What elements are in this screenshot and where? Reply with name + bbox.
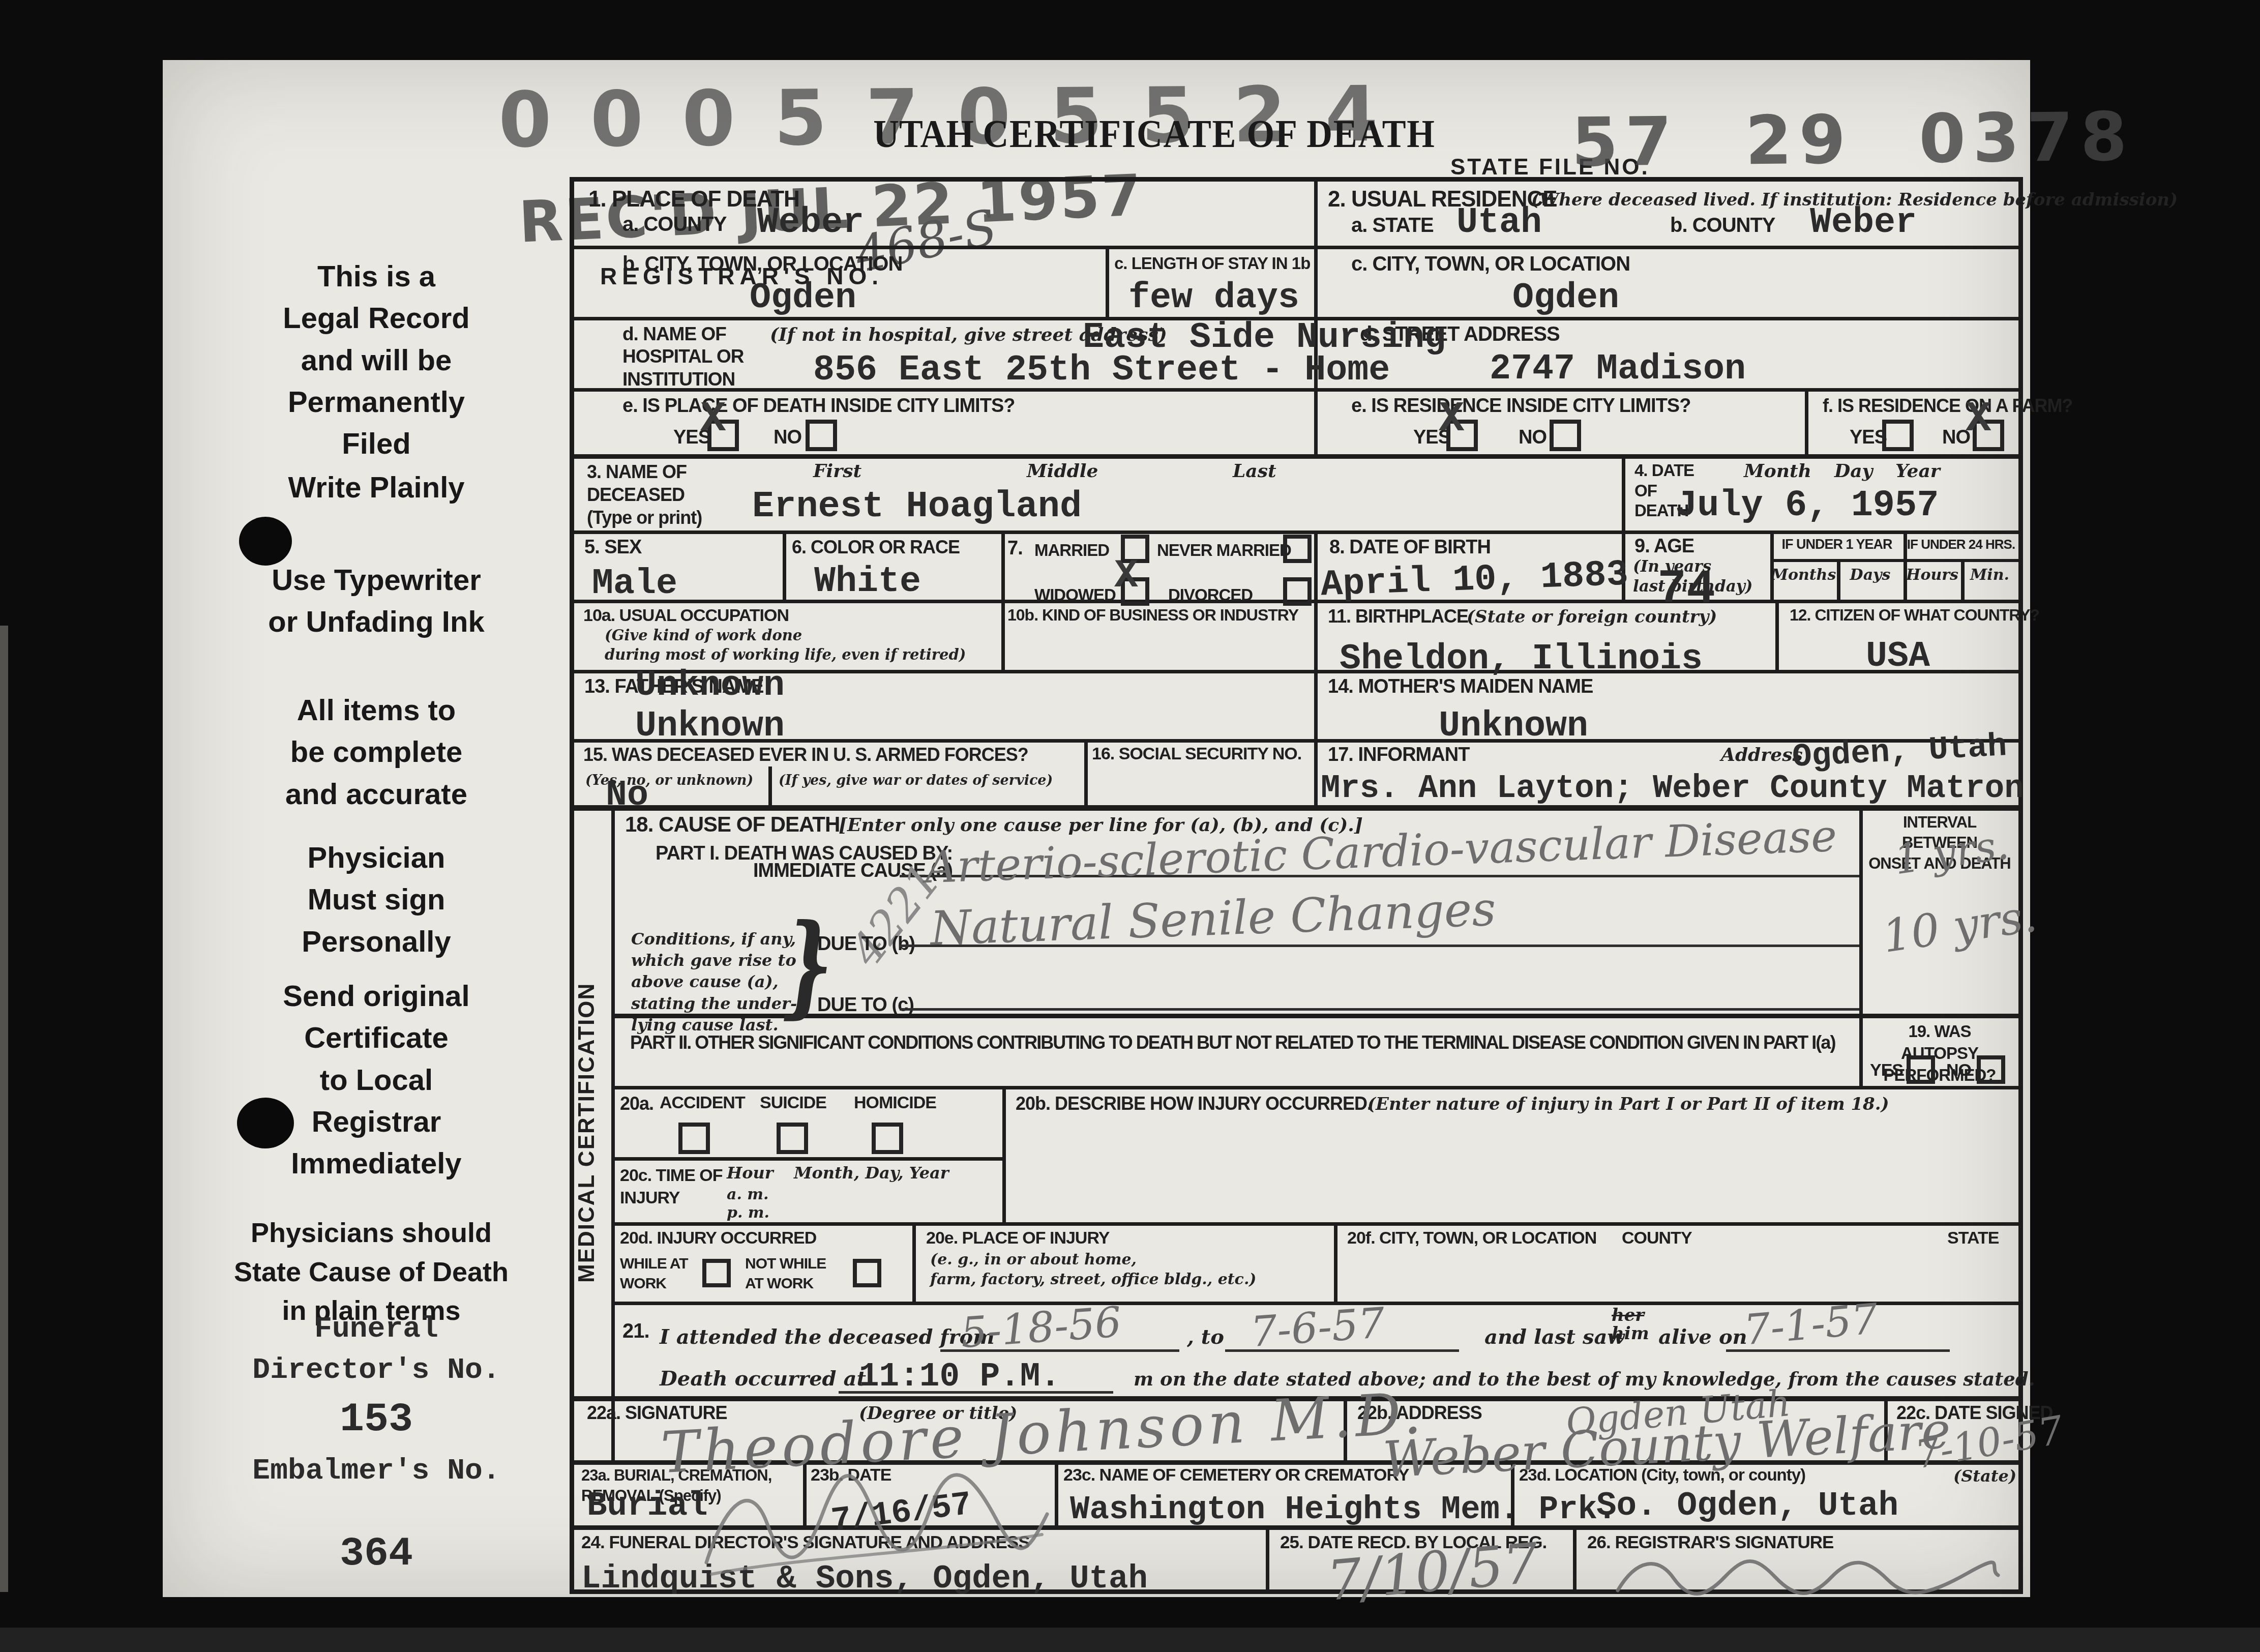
rule [783,530,786,600]
length-of-stay-value: few days [1128,278,1299,318]
autopsy-no-checkbox [1977,1055,2005,1084]
rule [574,454,2018,459]
funeral-directors-no-label: Funeral Director's No. [224,1309,529,1391]
homicide-checkbox [872,1123,903,1154]
farm-yes-checkbox [1882,420,1914,451]
homicide-label: HOMICIDE [854,1093,936,1113]
length-of-stay-label: c. LENGTH OF STAY IN 1b [1114,254,1310,273]
accident-row-label: 20a. [620,1093,653,1114]
days-header: Days [1837,566,1904,584]
place-county-value: Weber [757,203,864,243]
informant-address-label: Address [1721,744,1803,765]
pm-label: p. m. [727,1204,769,1222]
race-label: 6. COLOR OR RACE [792,537,960,558]
attended-number: 21. [622,1320,649,1343]
funeral-directors-no-value: 153 [224,1397,529,1443]
rule [1859,805,1863,1086]
mothers-name-label: 14. MOTHER'S MAIDEN NAME [1328,676,1593,698]
place-limits-no-checkbox [806,420,837,451]
date-of-birth-label: 8. DATE OF BIRTH [1329,537,1491,558]
funeral-director-signature-scrawl [691,1453,1057,1585]
attended-from-value: 5-18-56 [959,1298,1123,1358]
suicide-label: SUICIDE [760,1093,826,1113]
informant-address-value: Ogden, Utah [1791,728,2008,776]
while-at-work-checkbox [702,1259,731,1287]
rule [1573,1525,1577,1589]
margin-note-typewriter: Use Typewriter or Unfading Ink [224,559,529,643]
rule [1002,1086,1006,1222]
date-month-header: Month [1744,460,1811,482]
autopsy-yes-label: YES [1870,1060,1903,1080]
months-header: Months [1770,566,1837,584]
farm-no-checkmark: X [1966,395,1991,444]
rule [1770,559,2018,562]
certificate-title: UTAH CERTIFICATE OF DEATH [871,111,1438,157]
name-middle-header: Middle [1027,460,1098,482]
age-value: 74 [1657,562,1715,617]
residence-state-label: a. STATE [1351,214,1434,237]
describe-injury-label: 20b. DESCRIBE HOW INJURY OCCURRED. [1016,1093,1372,1114]
marital-number-label: 7. [1007,538,1023,559]
cause-of-death-title: 18. CAUSE OF DEATH [625,812,840,837]
rule [1334,1222,1337,1302]
margin-note-write-plainly: Write Plainly [224,467,529,509]
margin-note-complete-accurate: All items to be complete and accurate [224,690,529,815]
suicide-checkbox [777,1123,808,1154]
margin-note-legal-record: This is a Legal Record and will be Perma… [224,256,529,465]
medical-certification-vertical-label: MEDICAL CERTIFICATION [574,853,610,1412]
not-while-at-work-label: NOT WHILE AT WORK [745,1254,826,1293]
fathers-name-value: Unknown [635,706,785,747]
name-last-header: Last [1233,460,1276,482]
while-at-work-label: WHILE AT WORK [620,1254,688,1293]
death-occurred-text: Death occurred at [660,1367,866,1391]
birthplace-label: 11. BIRTHPLACE [1328,606,1468,627]
citizen-value: USA [1866,637,1930,677]
title-rest: CERTIFICATE OF DEATH [983,111,1435,156]
divorced-checkbox [1283,577,1312,606]
rule [1805,388,1808,454]
never-married-checkbox [1283,535,1312,563]
race-value: White [814,562,921,602]
rule [574,670,2018,673]
divorced-label: DIVORCED [1168,585,1253,605]
attended-text-1: I attended the deceased from [660,1325,995,1349]
rule [611,805,615,1460]
attended-to-value: 7-6-57 [1249,1299,1386,1356]
residence-county-value: Weber [1810,203,1917,243]
widowed-checkmark: X [1114,554,1138,599]
cemetery-value: Washington Heights Mem. Prk. [1070,1492,1617,1528]
rule [768,766,772,805]
street-address-value: 2747 Madison [1490,349,1746,390]
residence-city-label: c. CITY, TOWN, OR LOCATION [1351,253,1630,276]
margin-note-send-original: Send original Certificate to Local Regis… [224,976,529,1185]
rule [611,1222,2018,1226]
autopsy-yes-checkbox [1907,1055,1935,1084]
place-city-value: Ogden [750,278,856,318]
injury-county-label: COUNTY [1622,1228,1692,1248]
place-county-label: a. COUNTY [622,213,726,236]
widowed-label: WIDOWED [1034,585,1116,605]
name-of-deceased-label: 3. NAME OF DECEASED (Type or print) [587,460,702,529]
cause-c-line [900,1008,1859,1011]
date-day-header: Day [1834,460,1872,482]
armed-forces-value: No [606,776,648,816]
residence-limits-yes-checkmark: X [1439,395,1464,444]
occupation-value: Unknown [635,666,785,706]
describe-injury-note: (Enter nature of injury in Part I or Par… [1367,1094,1889,1114]
him-word: him [1612,1325,1649,1343]
place-city-label: b. CITY, TOWN, OR LOCATION [622,253,902,276]
occupation-note: (Give kind of work done during most of w… [605,626,966,664]
cause-b-interval: 10 yrs. [1879,889,2040,962]
accident-checkbox [678,1123,710,1154]
scanned-death-certificate: 0 0 0 5 7 0 5 5 2 4 REC'D JUL 22 1957 RE… [0,0,2260,1652]
cemetery-location-state-note: (State) [1953,1466,2016,1486]
hospital-value-line2: 856 East 25th Street - Home [813,350,1390,391]
rule [611,1086,2018,1089]
her-word-struck: her [1612,1307,1649,1325]
citizen-label: 12. CITIZEN OF WHAT COUNTRY? [1790,606,2039,625]
farm-yes-label: YES [1850,427,1887,449]
rule [1775,600,1779,670]
residence-city-limits-label: e. IS RESIDENCE INSIDE CITY LIMITS? [1351,395,1690,417]
registrar-signature-scrawl [1612,1549,2003,1605]
due-to-c-label: DUE TO (c) [817,994,914,1016]
rule [574,530,2018,534]
rule [611,1157,1002,1161]
title-state: UTAH [873,111,974,156]
accident-label: ACCIDENT [660,1093,745,1113]
date-year-header: Year [1895,460,1940,482]
residence-state-value: Utah [1456,203,1542,243]
margin-note-physician-sign: Physician Must sign Personally [224,837,529,963]
page-edge-sliver [0,626,8,1592]
attended-text-4: alive on [1658,1325,1747,1349]
sex-value: Male [592,564,677,604]
hospital-label: d. NAME OF HOSPITAL OR INSTITUTION [622,323,744,391]
name-of-deceased-value: Ernest Hoagland [752,486,1082,527]
name-first-header: First [813,460,861,482]
rule [574,246,2018,249]
rule [912,1222,916,1302]
armed-forces-label: 15. WAS DECEASED EVER IN U. S. ARMED FOR… [583,744,1028,765]
cemetery-label: 23c. NAME OF CEMETERY OR CREMATORY [1063,1465,1409,1485]
residence-limits-no-label: NO [1519,427,1547,449]
embalmers-no-label: Embalmer's No. [224,1455,529,1488]
cemetery-location-value: So. Ogden, Utah [1596,1487,1898,1525]
embalmers-no-value: 364 [224,1531,529,1577]
injury-occurred-label: 20d. INJURY OCCURRED [620,1228,816,1248]
attended-text-2: , to [1187,1325,1224,1349]
place-limits-yes-checkmark: X [700,395,726,444]
place-of-injury-label: 20e. PLACE OF INJURY [926,1228,1109,1248]
hole-punch [239,517,292,566]
date-of-death-value: July 6, 1957 [1675,485,1939,526]
rule [1266,1525,1269,1589]
under-1-year-header: IF UNDER 1 YEAR [1770,537,1904,552]
certificate-form-grid: 1. PLACE OF DEATH a. COUNTY Weber 2. USU… [570,177,2023,1594]
time-of-death-value: 11:10 P.M. [859,1358,1060,1396]
industry-label: 10b. KIND OF BUSINESS OR INDUSTRY [1007,606,1298,625]
part2-label: PART II. OTHER SIGNIFICANT CONDITIONS CO… [630,1032,1835,1053]
date-of-birth-value: April 10, 1883 [1320,553,1629,606]
injury-state-label: STATE [1947,1228,1999,1248]
informant-label: 17. INFORMANT [1328,744,1469,766]
informant-value: Mrs. Ann Layton; Weber County Matron [1321,771,2024,807]
age-label: 9. AGE [1634,536,1694,557]
occupation-label: 10a. USUAL OCCUPATION [583,606,789,626]
scanner-bed-strip [0,1628,2260,1652]
place-limits-no-label: NO [774,427,801,449]
certificate-paper: 0 0 0 5 7 0 5 5 2 4 REC'D JUL 22 1957 RE… [163,60,2030,1597]
burial-value: Burial [587,1487,708,1525]
mothers-name-value: Unknown [1439,706,1588,747]
residence-limits-no-checkbox [1550,420,1581,451]
injury-city-label: 20f. CITY, TOWN, OR LOCATION [1347,1228,1596,1248]
sex-label: 5. SEX [584,537,641,558]
residence-county-label: b. COUNTY [1670,214,1775,237]
residence-farm-label: f. IS RESIDENCE ON A FARM? [1823,395,2072,417]
minutes-header: Min. [1961,566,2018,584]
her-him-stack: her him [1612,1307,1649,1343]
residence-city-value: Ogden [1512,278,1619,318]
attended-text-3: and last saw [1484,1325,1625,1349]
hour-label: Hour [727,1163,774,1183]
not-while-at-work-checkbox [853,1259,881,1287]
hours-header: Hours [1904,566,1961,584]
rule [1314,530,1318,805]
rule [1001,530,1005,670]
place-of-injury-note: (e. g., in or about home, farm, factory,… [930,1250,1257,1289]
place-city-limits-label: e. IS PLACE OF DEATH INSIDE CITY LIMITS? [622,395,1015,417]
ssn-label: 16. SOCIAL SECURITY NO. [1092,744,1301,764]
married-label: MARRIED [1034,541,1109,560]
rule [1106,246,1109,317]
time-of-injury-label: 20c. TIME OF INJURY [620,1164,723,1209]
conditions-note: Conditions, if any, which gave rise to a… [631,928,797,1036]
autopsy-no-label: NO [1946,1060,1971,1080]
state-file-no-stamp: 57 29 0378 [1571,98,2134,182]
never-married-label: NEVER MARRIED [1157,541,1291,560]
birthplace-value: Sheldon, Illinois [1340,639,1703,680]
month-day-year-label: Month, Day, Year [794,1163,949,1183]
armed-forces-note2: (If yes, give war or dates of service) [779,773,1053,788]
am-label: a. m. [727,1186,769,1203]
under-24-hrs-header: IF UNDER 24 HRS. [1904,537,2018,552]
death-occurred-text-2: m on the date stated above; and to the b… [1134,1368,2035,1390]
rule [1084,739,1088,805]
